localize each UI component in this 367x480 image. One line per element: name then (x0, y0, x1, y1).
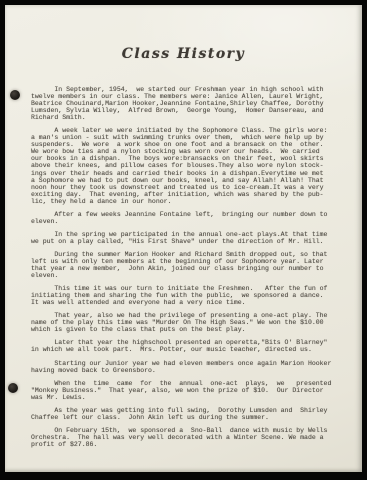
paper-page: Class History In September, 1954, we sta… (5, 5, 362, 472)
hole-punch-top-icon (10, 90, 20, 100)
paragraph: Later that year the highschool presented… (31, 339, 343, 353)
paragraph: That year, also we had the privilege of … (31, 312, 343, 333)
paragraph: A week later we were initiated by the So… (31, 127, 343, 205)
paragraph: On February 15th, we sponsored a Sno-Bal… (31, 427, 343, 448)
paragraph: In the spring we participated in the ann… (31, 231, 343, 245)
paragraph: This time it was our turn to initiate th… (31, 285, 343, 306)
paragraph: As the year was getting into full swing,… (31, 407, 343, 421)
paragraph: During the summer Marion Hooker and Rich… (31, 251, 343, 279)
paragraph: In September, 1954, we started our Fresh… (31, 86, 343, 121)
scan-background: Class History In September, 1954, we sta… (0, 0, 367, 480)
paragraph: When the time came for the annual one-ac… (31, 380, 343, 401)
document-body: In September, 1954, we started our Fresh… (31, 86, 343, 454)
paragraph: After a few weeks Jeannine Fontaine left… (31, 211, 343, 225)
hole-punch-bottom-icon (8, 383, 18, 393)
paragraph: Starting our Junior year we had eleven m… (31, 360, 343, 374)
page-title: Class History (5, 46, 362, 62)
